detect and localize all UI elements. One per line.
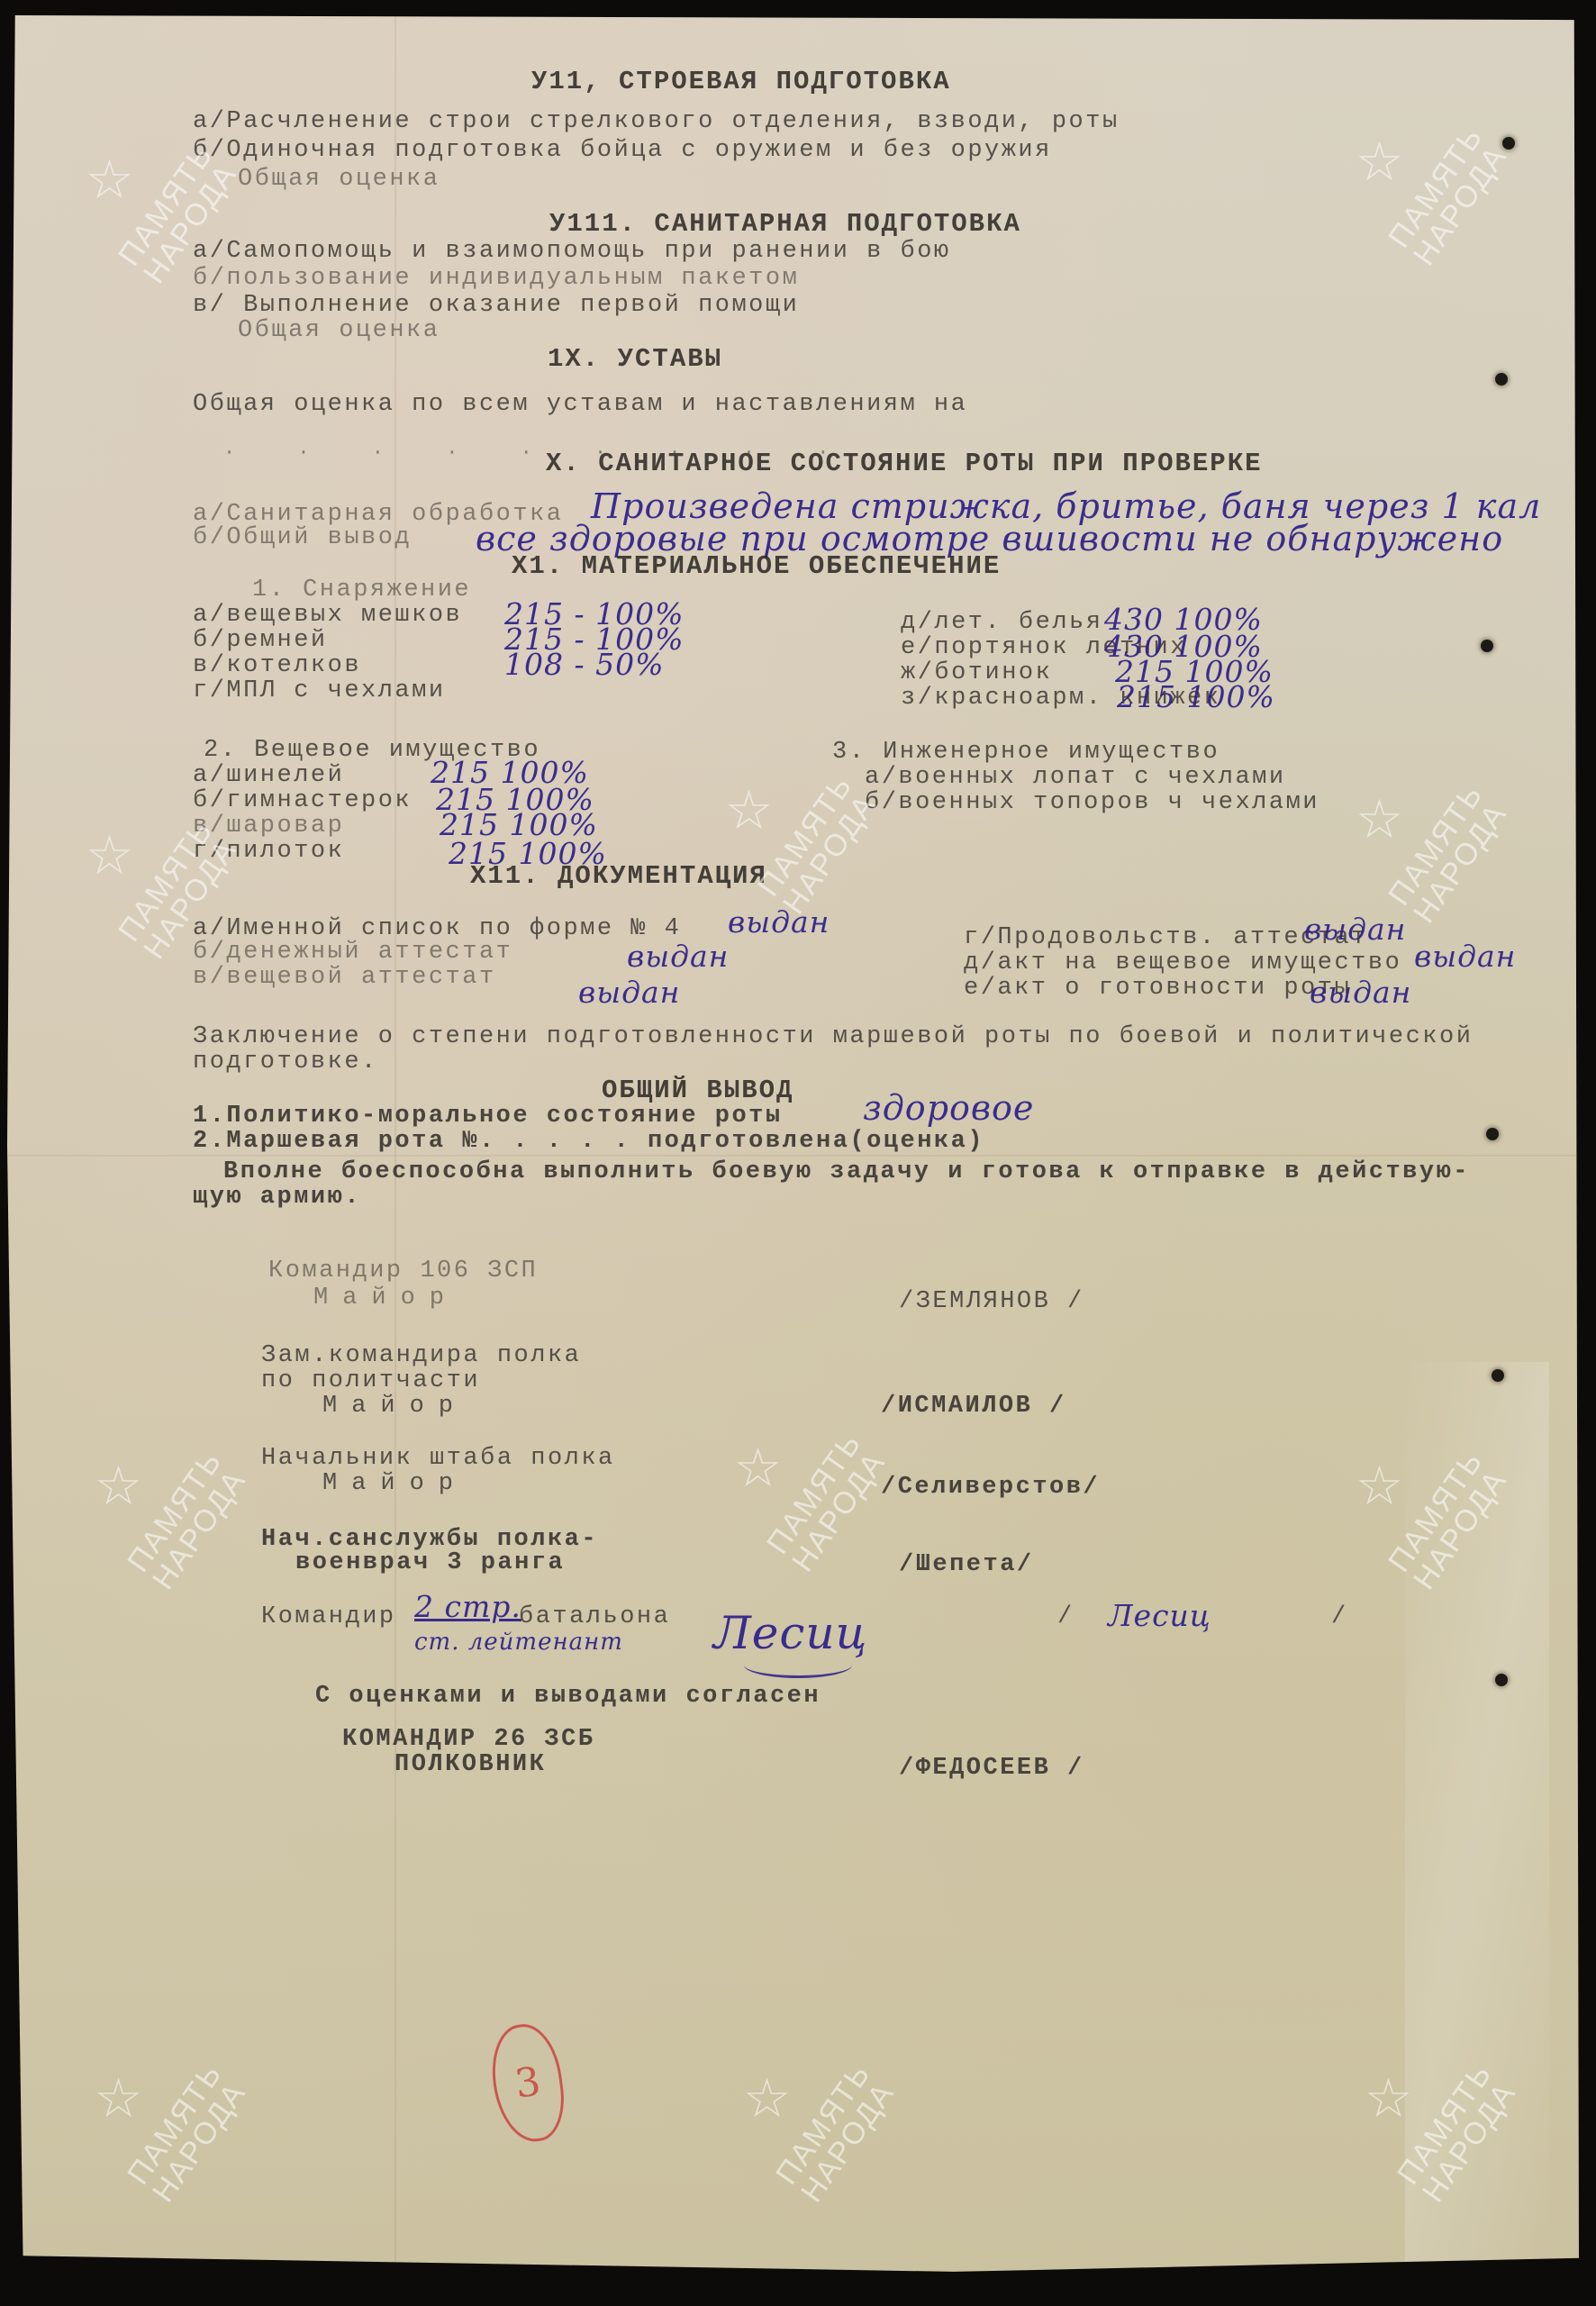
watermark: ☆ПАМЯТЬНАРОДА bbox=[1358, 104, 1514, 271]
signatory-title: военврач 3 ранга bbox=[295, 1549, 565, 1576]
documentation-value: выдан bbox=[1414, 939, 1516, 974]
documentation-value: выдан bbox=[728, 904, 830, 940]
clothing-label: а/шинелей bbox=[193, 762, 344, 789]
rank-ink: ст. лейтенант bbox=[414, 1629, 623, 1656]
signatory-rank: Майор bbox=[322, 1470, 467, 1497]
signatory-name: /ИСМАИЛОВ / bbox=[881, 1393, 1066, 1420]
equipment-title: 1. Снаряжение bbox=[252, 576, 471, 604]
signatory-name-ink: Лесиц bbox=[1108, 1598, 1211, 1633]
engineering-label: б/военных топоров ч чехлами bbox=[865, 789, 1319, 816]
watermark: ☆ПАМЯТЬНАРОДА bbox=[97, 2040, 253, 2208]
conclusion-item: 2.Маршевая рота №. . . . . подготовлена(… bbox=[193, 1128, 984, 1155]
regulations-line: Общая оценка по всем уставам и наставлен… bbox=[193, 391, 967, 418]
conclusion-statement: Вполне боеспособна выполнить боевую зада… bbox=[223, 1158, 1470, 1185]
section-title-drill: У11, СТРОЕВАЯ ПОДГОТОВКА bbox=[531, 67, 951, 96]
punch-hole bbox=[1486, 1128, 1499, 1140]
archive-page-stamp: 3 bbox=[485, 2020, 569, 2146]
document-page: У11, СТРОЕВАЯ ПОДГОТОВКА а/Расчленение с… bbox=[7, 11, 1585, 2281]
signatory-title: Командир 106 ЗСП bbox=[268, 1257, 538, 1285]
documentation-value: выдан bbox=[578, 975, 680, 1010]
star-icon: ☆ bbox=[725, 795, 847, 826]
conclusion-title: ОБЩИЙ ВЫВОД bbox=[602, 1076, 793, 1105]
equipment-label: г/МПЛ с чехлами bbox=[193, 677, 446, 704]
conclusion-intro: Заключение о степени подготовленности ма… bbox=[193, 1023, 1473, 1050]
star-icon: ☆ bbox=[95, 2084, 216, 2114]
equipment-label: б/ремней bbox=[193, 627, 328, 654]
equipment-label: в/котелков bbox=[193, 652, 361, 679]
punch-hole bbox=[1502, 137, 1515, 150]
signatory-title: Начальник штаба полка bbox=[261, 1445, 615, 1472]
equipment-label: ж/ботинок bbox=[901, 659, 1052, 686]
signatory-rank: Майор bbox=[313, 1285, 458, 1312]
punch-hole bbox=[1481, 640, 1493, 652]
documentation-label: е/акт о готовности роты bbox=[964, 975, 1351, 1002]
punch-hole bbox=[1495, 1674, 1508, 1686]
morale-value: здоровое bbox=[863, 1088, 1034, 1128]
signatory-title: КОМАНДИР 26 ЗСБ bbox=[342, 1726, 595, 1753]
watermark: ☆ПАМЯТЬНАРОДА bbox=[737, 1410, 893, 1577]
section-title-documentation: Х11. ДОКУМЕНТАЦИЯ bbox=[470, 861, 767, 891]
watermark: ☆ПАМЯТЬНАРОДА bbox=[1358, 761, 1514, 929]
watermark: ☆ПАМЯТЬНАРОДА bbox=[728, 752, 884, 920]
approval-text: С оценками и выводами согласен bbox=[315, 1683, 821, 1710]
star-icon: ☆ bbox=[95, 1471, 216, 1502]
sanitary-training-item: б/пользование индивидуальным пакетом bbox=[193, 265, 799, 292]
punch-hole bbox=[1492, 1369, 1504, 1382]
star-icon: ☆ bbox=[86, 840, 207, 871]
signatory-name: /ЗЕМЛЯНОВ / bbox=[899, 1288, 1084, 1315]
drill-total-label: Общая оценка bbox=[238, 166, 440, 193]
equipment-label: д/лет. белья bbox=[901, 609, 1102, 636]
clothing-label: б/гимнастерок bbox=[193, 787, 412, 814]
signatory-title: по политчасти bbox=[261, 1367, 480, 1394]
equipment-label: а/вещевых мешков bbox=[193, 602, 462, 629]
signatory-rank: Майор bbox=[322, 1393, 467, 1420]
signatory-name: /Селиверстов/ bbox=[881, 1474, 1100, 1501]
documentation-value: выдан bbox=[627, 939, 729, 974]
battalion-ink: 2 стр. bbox=[414, 1589, 521, 1624]
documentation-label: д/акт на вещевое имущество bbox=[964, 949, 1401, 976]
sanitary-training-item: в/ Выполнение оказание первой помощи bbox=[193, 292, 799, 319]
signatory-name-prefix: / bbox=[1057, 1603, 1075, 1630]
sanitary-training-total-label: Общая оценка bbox=[238, 317, 440, 344]
conclusion-item: 1.Политико-моральное состояние роты bbox=[193, 1103, 783, 1130]
star-icon: ☆ bbox=[86, 165, 207, 195]
engineering-label: а/военных лопат с чехлами bbox=[865, 764, 1286, 791]
star-icon: ☆ bbox=[1356, 147, 1477, 177]
section-title-sanitary-state: Х. САНИТАРНОЕ СОСТОЯНИЕ РОТЫ ПРИ ПРОВЕРК… bbox=[546, 449, 1263, 478]
signatory-rank: ПОЛКОВНИК bbox=[394, 1751, 546, 1778]
conclusion-intro: подготовке. bbox=[193, 1049, 378, 1076]
sanitary-state-label: б/Общий вывод bbox=[193, 524, 412, 551]
watermark: ☆ПАМЯТЬНАРОДА bbox=[97, 1428, 253, 1595]
star-icon: ☆ bbox=[1356, 804, 1477, 835]
signature-flourish bbox=[744, 1652, 852, 1678]
engineering-title: 3. Инженерное имущество bbox=[832, 739, 1220, 766]
punch-hole bbox=[1495, 373, 1508, 386]
documentation-label: б/денежный аттестат bbox=[193, 939, 512, 966]
star-icon: ☆ bbox=[1356, 1471, 1477, 1502]
star-icon: ☆ bbox=[1365, 2084, 1486, 2114]
star-icon: ☆ bbox=[734, 1453, 856, 1484]
signatory-name: /Шепета/ bbox=[899, 1551, 1034, 1578]
documentation-value: выдан bbox=[1304, 912, 1406, 947]
section-title-sanitary-training: У111. САНИТАРНАЯ ПОДГОТОВКА bbox=[549, 209, 1021, 239]
sanitary-training-item: а/Самопомощь и взаимопомощь при ранении … bbox=[193, 238, 951, 265]
drill-item: а/Расчленение строи стрелкового отделени… bbox=[193, 108, 1120, 135]
signatory-name-suffix: / bbox=[1331, 1603, 1348, 1630]
documentation-label: в/вещевой аттестат bbox=[193, 964, 496, 991]
equipment-value: 108 - 50% bbox=[504, 647, 664, 682]
conclusion-statement: щую армию. bbox=[193, 1184, 361, 1211]
documentation-value: выдан bbox=[1310, 975, 1411, 1010]
section-title-regulations: 1Х. УСТАВЫ bbox=[548, 344, 722, 374]
watermark: ☆ПАМЯТЬНАРОДА bbox=[746, 2040, 902, 2208]
star-icon: ☆ bbox=[743, 2084, 865, 2114]
signatory-title: батальона bbox=[519, 1603, 670, 1630]
signatory-name: /ФЕДОСЕЕВ / bbox=[899, 1755, 1084, 1782]
section-title-supply: Х1. МАТЕРИАЛЬНОЕ ОБЕСПЕЧЕНИЕ bbox=[512, 551, 1001, 581]
equipment-value: 215 100% bbox=[1117, 679, 1275, 714]
paper-fold bbox=[7, 1155, 1585, 1157]
signatory-title: Командир bbox=[261, 1603, 396, 1630]
signatory-title: Зам.командира полка bbox=[261, 1342, 581, 1369]
drill-item: б/Одиночная подготовка бойца с оружием и… bbox=[193, 137, 1052, 164]
